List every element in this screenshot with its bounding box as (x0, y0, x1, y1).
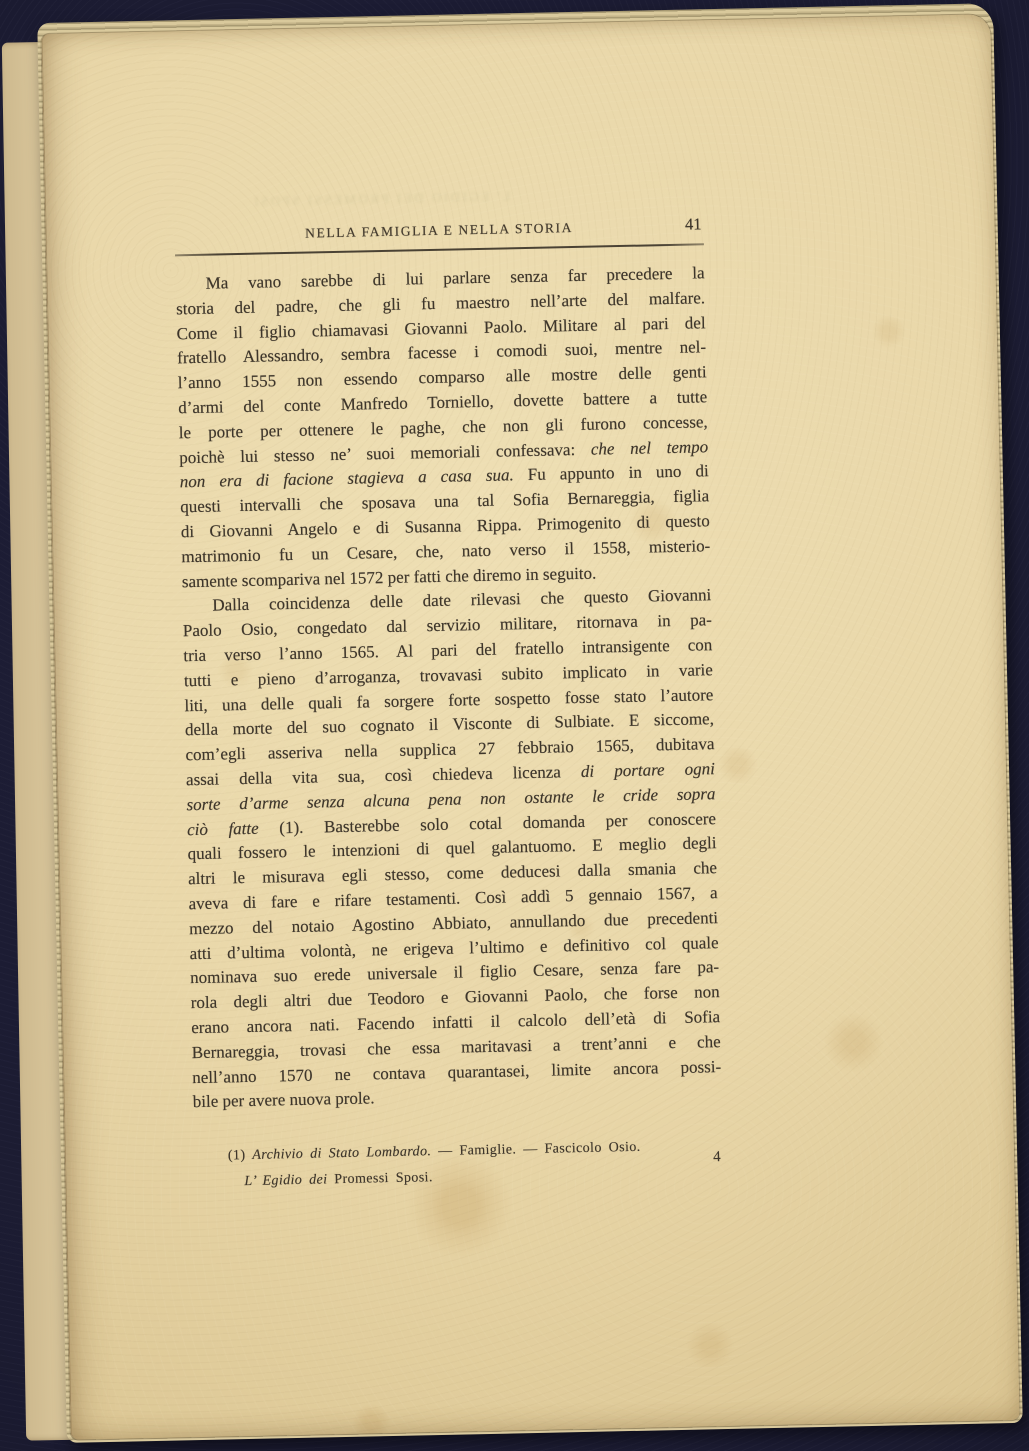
paragraph-1: Ma vano sarebbe di lui parlare senza far… (175, 261, 711, 594)
showthrough-ghost-text: L’ Egidio dei Promessi Sposi (196, 187, 566, 211)
signature-number: 4 (713, 1149, 721, 1166)
page-number: 41 (685, 214, 702, 234)
paragraph-2: Dalla coincidenza delle date rilevasi ch… (182, 584, 722, 1116)
footnote-lines: (1) Archivio di Stato Lombardo. — Famigl… (228, 1133, 724, 1195)
book-page: L’ Egidio dei Promessi Sposi NELLA FAMIG… (41, 14, 1019, 1440)
footnote: (1) Archivio di Stato Lombardo. — Famigl… (194, 1133, 724, 1196)
running-title: NELLA FAMIGLIA E NELLA STORIA (305, 220, 573, 241)
scanner-background: L’ Egidio dei Promessi Sposi NELLA FAMIG… (0, 0, 1029, 1451)
text-column: NELLA FAMIGLIA E NELLA STORIA 41 Ma vano… (174, 216, 723, 1196)
